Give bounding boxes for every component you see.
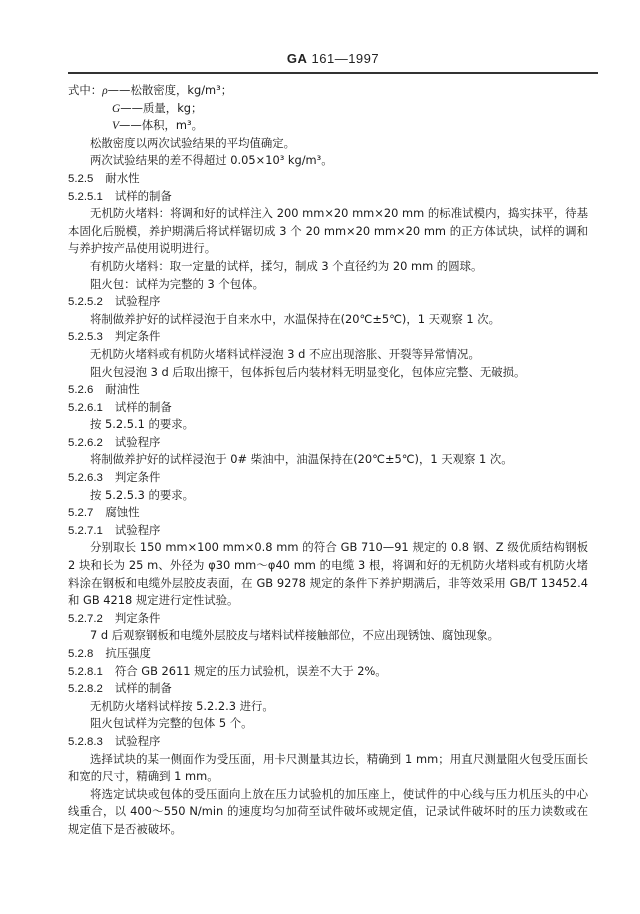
page-header: GA 161—1997 <box>68 51 598 66</box>
standard-number: 161—1997 <box>312 51 380 66</box>
paragraph: 按 5.2.5.3 的要求。 <box>68 487 588 505</box>
paragraph: 将制做养护好的试样浸泡于自来水中，水温保持在(20℃±5℃)，1 天观察 1 次… <box>68 311 588 329</box>
section-heading-5-2-8-2: 5.2.8.2试样的制备 <box>68 680 588 698</box>
density-note: 两次试验结果的差不得超过 0.05×10³ kg/m³。 <box>68 152 588 170</box>
section-heading-5-2-6-2: 5.2.6.2试验程序 <box>68 434 588 452</box>
section-heading-5-2-5-2: 5.2.5.2试验程序 <box>68 293 588 311</box>
standard-code: GA <box>287 51 308 66</box>
paragraph: 将选定试块或包体的受压面向上放在压力试验机的加压座上，使试件的中心线与压力机压头… <box>68 786 588 839</box>
paragraph: 选择试块的某一侧面作为受压面，用卡尺测量其边长，精确到 1 mm；用直尺测量阻火… <box>68 751 588 786</box>
section-heading-5-2-6-3: 5.2.6.3判定条件 <box>68 469 588 487</box>
paragraph: 无机防火堵料试样按 5.2.2.3 进行。 <box>68 698 588 716</box>
paragraph: 有机防火堵料：取一定量的试样，揉匀，制成 3 个直径约为 20 mm 的圆球。 <box>68 258 588 276</box>
section-heading-5-2-7-1: 5.2.7.1试验程序 <box>68 522 588 540</box>
section-heading-5-2-5: 5.2.5耐水性 <box>68 170 588 188</box>
formula-legend-rho: 式中：ρ——松散密度，kg/m³； <box>68 82 588 100</box>
paragraph: 阻火包：试样为完整的 3 个包体。 <box>68 276 588 294</box>
section-heading-5-2-8-3: 5.2.8.3试验程序 <box>68 733 588 751</box>
section-heading-5-2-8-1: 5.2.8.1符合 GB 2611 规定的压力试验机，误差不大于 2%。 <box>68 663 588 681</box>
paragraph: 将制做养护好的试样浸泡于 0# 柴油中，油温保持在(20℃±5℃)，1 天观察 … <box>68 451 588 469</box>
paragraph: 按 5.2.5.1 的要求。 <box>68 416 588 434</box>
paragraph: 阻火包浸泡 3 d 后取出擦干，包体拆包后内装材料无明显变化，包体应完整、无破损… <box>68 364 588 382</box>
section-heading-5-2-6: 5.2.6耐油性 <box>68 381 588 399</box>
document-body: 式中：ρ——松散密度，kg/m³； G——质量，kg； V——体积，m³。 松散… <box>68 82 588 839</box>
density-note: 松散密度以两次试验结果的平均值确定。 <box>68 135 588 153</box>
section-heading-5-2-5-1: 5.2.5.1试样的制备 <box>68 188 588 206</box>
section-heading-5-2-5-3: 5.2.5.3判定条件 <box>68 328 588 346</box>
header-rule <box>68 72 598 74</box>
paragraph: 无机防火堵料或有机防火堵料试样浸泡 3 d 不应出现溶胀、开裂等异常情况。 <box>68 346 588 364</box>
paragraph: 分别取长 150 mm×100 mm×0.8 mm 的符合 GB 710—91 … <box>68 539 588 609</box>
section-heading-5-2-7: 5.2.7腐蚀性 <box>68 504 588 522</box>
formula-legend-g: G——质量，kg； <box>68 100 588 118</box>
section-heading-5-2-8: 5.2.8抗压强度 <box>68 645 588 663</box>
paragraph: 无机防火堵料：将调和好的试样注入 200 mm×20 mm×20 mm 的标准试… <box>68 205 588 258</box>
paragraph: 7 d 后观察钢板和电缆外层胶皮与堵料试样接触部位，不应出现锈蚀、腐蚀现象。 <box>68 627 588 645</box>
section-heading-5-2-7-2: 5.2.7.2判定条件 <box>68 610 588 628</box>
section-heading-5-2-6-1: 5.2.6.1试样的制备 <box>68 399 588 417</box>
formula-legend-v: V——体积，m³。 <box>68 117 588 135</box>
paragraph: 阻火包试样为完整的包体 5 个。 <box>68 715 588 733</box>
